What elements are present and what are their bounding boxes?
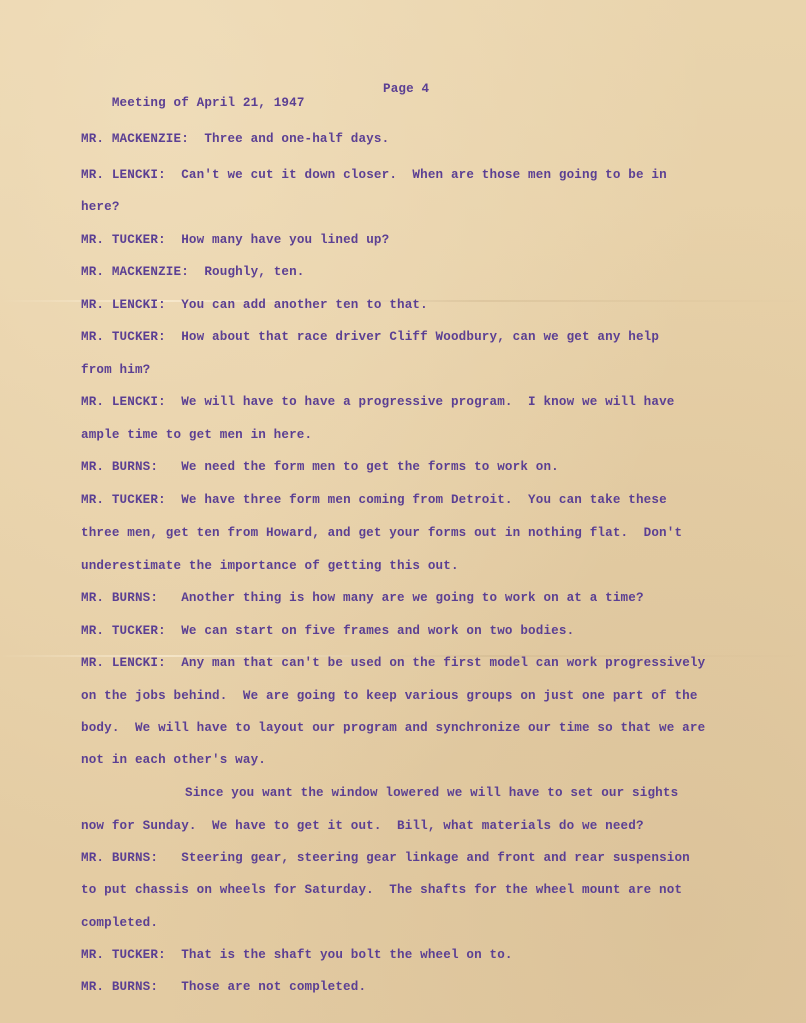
transcript-line: MR. BURNS: Steering gear, steering gear … — [81, 851, 690, 865]
line-text: Can't we cut it down closer. When are th… — [166, 168, 667, 182]
line-text: Since you want the window lowered we wil… — [185, 786, 678, 800]
line-text: We have three form men coming from Detro… — [166, 493, 667, 507]
line-text: Steering gear, steering gear linkage and… — [158, 851, 690, 865]
line-text: now for Sunday. We have to get it out. B… — [81, 819, 644, 833]
transcript-line: Since you want the window lowered we wil… — [81, 786, 678, 800]
line-text: on the jobs behind. We are going to keep… — [81, 689, 698, 703]
transcript-line: MR. TUCKER: How about that race driver C… — [81, 330, 659, 344]
speaker-name: MR. TUCKER: — [81, 233, 166, 247]
transcript-line: MR. LENCKI: You can add another ten to t… — [81, 298, 428, 312]
line-text: That is the shaft you bolt the wheel on … — [166, 948, 513, 962]
transcript-line: to put chassis on wheels for Saturday. T… — [81, 883, 682, 897]
transcript-line: three men, get ten from Howard, and get … — [81, 526, 682, 540]
transcript-line: here? — [81, 200, 120, 214]
speaker-name: MR. BURNS: — [81, 851, 158, 865]
speaker-name: MR. MACKENZIE: — [81, 132, 189, 146]
speaker-name: MR. TUCKER: — [81, 493, 166, 507]
speaker-name: MR. LENCKI: — [81, 168, 166, 182]
speaker-name: MR. MACKENZIE: — [81, 265, 189, 279]
speaker-name: MR. BURNS: — [81, 460, 158, 474]
transcript-line: MR. TUCKER: That is the shaft you bolt t… — [81, 948, 513, 962]
line-text: Three and one-half days. — [189, 132, 389, 146]
transcript-line: underestimate the importance of getting … — [81, 559, 459, 573]
line-text: Any man that can't be used on the first … — [166, 656, 706, 670]
paper-corner-wear — [0, 0, 24, 31]
transcript-line: MR. TUCKER: How many have you lined up? — [81, 233, 389, 247]
meeting-date-heading: Meeting of April 21, 1947 — [112, 96, 305, 110]
line-text: to put chassis on wheels for Saturday. T… — [81, 883, 682, 897]
transcript-line: not in each other's way. — [81, 753, 266, 767]
transcript-line: MR. TUCKER: We can start on five frames … — [81, 624, 574, 638]
line-text: ample time to get men in here. — [81, 428, 312, 442]
transcript-line: MR. LENCKI: We will have to have a progr… — [81, 395, 675, 409]
line-text: We can start on five frames and work on … — [166, 624, 575, 638]
page-number: Page 4 — [383, 82, 429, 96]
transcript-line: from him? — [81, 363, 150, 377]
line-text: We need the form men to get the forms to… — [158, 460, 559, 474]
speaker-name: MR. TUCKER: — [81, 624, 166, 638]
transcript-line: ample time to get men in here. — [81, 428, 312, 442]
transcript-line: MR. LENCKI: Can't we cut it down closer.… — [81, 168, 667, 182]
line-text: three men, get ten from Howard, and get … — [81, 526, 682, 540]
speaker-name: MR. BURNS: — [81, 980, 158, 994]
line-text: Another thing is how many are we going t… — [158, 591, 644, 605]
transcript-line: MR. TUCKER: We have three form men comin… — [81, 493, 667, 507]
line-text: Roughly, ten. — [189, 265, 305, 279]
transcript-line: now for Sunday. We have to get it out. B… — [81, 819, 644, 833]
transcript-line: MR. BURNS: Another thing is how many are… — [81, 591, 644, 605]
line-text: body. We will have to layout our program… — [81, 721, 705, 735]
transcript-line: MR. MACKENZIE: Three and one-half days. — [81, 132, 389, 146]
line-text: here? — [81, 200, 120, 214]
typed-document-page: Meeting of April 21, 1947 Page 4 MR. MAC… — [0, 0, 806, 1023]
page-header: Meeting of April 21, 1947 Page 4 — [81, 82, 305, 138]
line-text: How about that race driver Cliff Woodbur… — [166, 330, 659, 344]
transcript-line: MR. BURNS: We need the form men to get t… — [81, 460, 559, 474]
transcript-line: MR. MACKENZIE: Roughly, ten. — [81, 265, 305, 279]
transcript-line: on the jobs behind. We are going to keep… — [81, 689, 698, 703]
transcript-line: body. We will have to layout our program… — [81, 721, 705, 735]
line-text: from him? — [81, 363, 150, 377]
line-text: completed. — [81, 916, 158, 930]
speaker-name: MR. LENCKI: — [81, 298, 166, 312]
transcript-line: MR. LENCKI: Any man that can't be used o… — [81, 656, 705, 670]
speaker-name: MR. TUCKER: — [81, 948, 166, 962]
transcript-line: completed. — [81, 916, 158, 930]
line-text: Those are not completed. — [158, 980, 366, 994]
transcript-line: MR. BURNS: Those are not completed. — [81, 980, 366, 994]
line-text: not in each other's way. — [81, 753, 266, 767]
speaker-name: MR. TUCKER: — [81, 330, 166, 344]
line-text: underestimate the importance of getting … — [81, 559, 459, 573]
line-text: How many have you lined up? — [166, 233, 390, 247]
line-text: You can add another ten to that. — [166, 298, 428, 312]
line-text: We will have to have a progressive progr… — [166, 395, 675, 409]
speaker-name: MR. BURNS: — [81, 591, 158, 605]
speaker-name: MR. LENCKI: — [81, 395, 166, 409]
speaker-name: MR. LENCKI: — [81, 656, 166, 670]
